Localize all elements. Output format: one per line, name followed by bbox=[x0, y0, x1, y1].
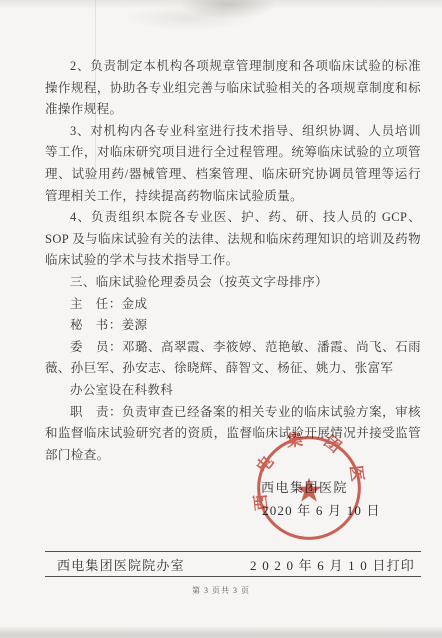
document-page: 2、负责制定本机构各项规章管理制度和各项临床试验的标准操作规程，协助各专业组完善… bbox=[0, 0, 442, 638]
scan-smudge bbox=[0, 0, 442, 42]
footer-bar: 西电集团医院院办室 2 0 2 0 年 6 月 1 0 日打印 bbox=[45, 551, 421, 577]
paragraph-duty-3: 3、对机构内各专业科室进行技术指导、组织协调、人员培训等工作，对临床研究项目进行… bbox=[45, 121, 421, 207]
section-heading-ethics: 三、临床试验伦理委员会（按英文字母排序） bbox=[45, 272, 421, 294]
line-members: 委 员：邓璐、高翠霞、李筱婷、范艳敏、潘霞、尚飞、石雨薇、孙巨军、孙安志、徐晓辉… bbox=[45, 337, 421, 380]
footer-print-date: 2 0 2 0 年 6 月 1 0 日打印 bbox=[250, 555, 415, 574]
official-seal: 西电集团医院 bbox=[252, 431, 366, 545]
seal-arc-text: 西电集团医院 bbox=[252, 431, 366, 511]
paragraph-duty-4: 4、负责组织本院各专业医、护、药、研、技人员的 GCP、SOP 及与临床试验有关… bbox=[45, 207, 421, 272]
line-director: 主 任：金成 bbox=[45, 294, 421, 316]
star-icon bbox=[296, 478, 321, 502]
document-body: 2、负责制定本机构各项规章管理制度和各项临床试验的标准操作规程，协助各专业组完善… bbox=[45, 56, 421, 466]
footer-office: 西电集团医院院办室 bbox=[57, 555, 185, 574]
paragraph-duty-2: 2、负责制定本机构各项规章管理制度和各项临床试验的标准操作规程，协助各专业组完善… bbox=[45, 56, 421, 121]
line-office-location: 办公室设在科教科 bbox=[45, 380, 421, 402]
line-secretary: 秘 书：姜源 bbox=[45, 315, 421, 337]
scan-edge-shadow bbox=[0, 626, 442, 638]
page-number: 第 3 页共 3 页 bbox=[0, 585, 442, 596]
